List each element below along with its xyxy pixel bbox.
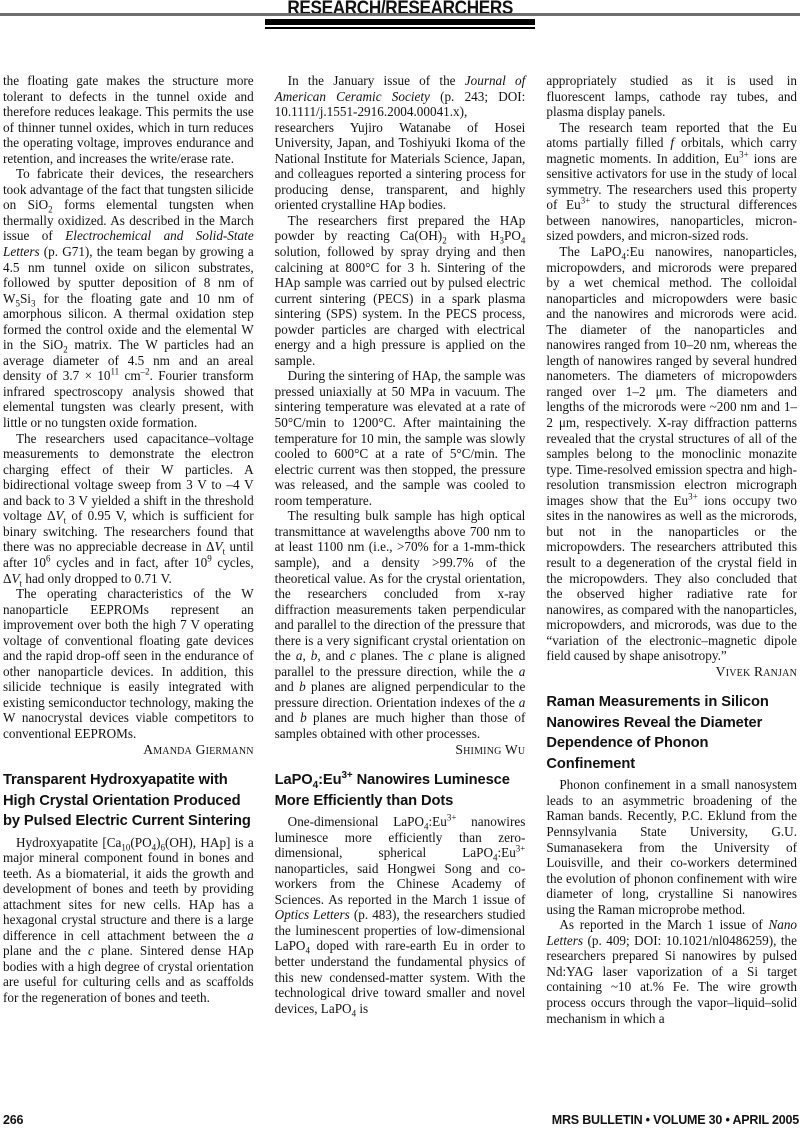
article-paragraph: As reported in the March 1 issue of Nano… (546, 917, 797, 1026)
section-title-text: RESEARCH/RESEARCHERS (287, 0, 513, 20)
article-heading: LaPO4:Eu3+ Nanowires Luminesce More Effi… (275, 770, 526, 811)
article-paragraph: The researchers used capacitance–voltage… (3, 431, 254, 586)
column-3: appropriately studied as it is used in f… (546, 73, 797, 1105)
section-title: RESEARCH/RESEARCHERS (0, 0, 800, 20)
page-number: 266 (3, 1113, 23, 1127)
article-paragraph: The researchers first prepared the HAp p… (275, 213, 526, 368)
article-paragraph: Phonon confinement in a small nanosystem… (546, 777, 797, 917)
masthead-rule (0, 13, 800, 16)
author-byline: Vivek Ranjan (546, 664, 797, 680)
article-paragraph: The operating characteristics of the W n… (3, 586, 254, 741)
article-paragraph: To fabricate their devices, the research… (3, 166, 254, 430)
title-underline-bar (265, 19, 535, 25)
article-paragraph: appropriately studied as it is used in f… (546, 73, 797, 120)
article-heading: Transparent Hydroxyapatite with High Cry… (3, 770, 254, 832)
article-columns: the floating gate makes the structure mo… (3, 73, 797, 1105)
article-paragraph: Hydroxyapatite [Ca10(PO4)6(OH), HAp] is … (3, 835, 254, 1006)
article-paragraph: the floating gate makes the structure mo… (3, 73, 254, 166)
magazine-page: RESEARCH/RESEARCHERS the floating gate m… (0, 0, 800, 1132)
masthead: RESEARCH/RESEARCHERS (0, 0, 800, 28)
author-byline: Amanda Giermann (3, 742, 254, 758)
page-footer: 266 MRS BULLETIN • VOLUME 30 • APRIL 200… (3, 1113, 799, 1127)
article-paragraph: In the January issue of the Journal of A… (275, 73, 526, 213)
article-heading: Raman Measurements in Silicon Nanowires … (546, 692, 797, 774)
article-paragraph: The research team reported that the Eu a… (546, 120, 797, 244)
article-paragraph: During the sintering of HAp, the sample … (275, 368, 526, 508)
author-byline: Shiming Wu (275, 742, 526, 758)
article-paragraph: One-dimensional LaPO4:Eu3+ nanowires lum… (275, 814, 526, 1016)
column-1: the floating gate makes the structure mo… (3, 73, 254, 1105)
column-2: In the January issue of the Journal of A… (275, 73, 526, 1105)
article-paragraph: The LaPO4:Eu nanowires, nanoparticles, m… (546, 244, 797, 664)
article-paragraph: The resulting bulk sample has high optic… (275, 508, 526, 741)
issue-line: MRS BULLETIN • VOLUME 30 • APRIL 2005 (552, 1113, 799, 1127)
title-underline-thin (265, 27, 535, 29)
